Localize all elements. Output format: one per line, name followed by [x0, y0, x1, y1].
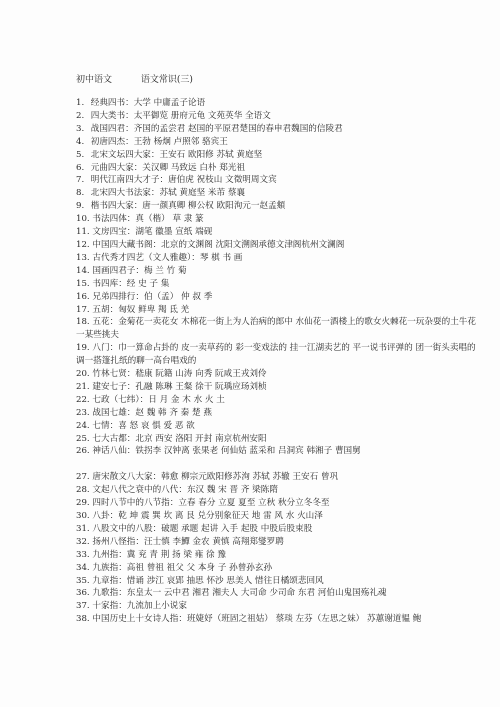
item-number: 34.: [76, 562, 90, 575]
blank-line: [76, 458, 496, 471]
item-number: 23.: [76, 407, 90, 420]
item-number: 1.: [76, 97, 88, 110]
item-text: 八卦：乾 坤 震 巽 坎 离 艮 兑分别象征天 地 雷 风 水 火山泽: [92, 511, 322, 521]
item-text: 五花：金菊花一卖花女 木棉花一街上为人治病的郎中 水仙花一酒楼上的歌女火棘花一玩…: [76, 317, 476, 340]
item-text: 明代江南四大才子：唐伯虎 祝枝山 文徵明周文宾: [91, 175, 277, 185]
item-text: 唐宋散文八大家：韩愈 柳宗元欧阳修苏洵 苏轼 苏辙 王安石 曾巩: [92, 472, 338, 482]
item-number: 30.: [76, 510, 90, 523]
item-text: 九歌指：东皇太一 云中君 湘君 湘夫人 大司命 少司命 东君 河伯山鬼国殇礼魂: [92, 588, 386, 598]
list-item: 16. 兄弟四排行：伯（孟） 仲 叔 季: [76, 291, 496, 304]
item-text: 战国四君：齐国的孟尝君 赵国的平原君楚国的春申君魏国的信陵君: [91, 124, 343, 134]
list-item: 1. 经典四书：大学 中庸孟子论语: [76, 97, 496, 110]
list-item: 28. 文起八代之衰中的八代：东汉 魏 宋 晋 齐 梁陈隋: [76, 484, 496, 497]
item-number: 10.: [76, 213, 90, 226]
item-text: 九章指：惜诵 涉江 哀郢 抽思 怀沙 思美人 惜往日橘颂悲回风: [92, 576, 323, 586]
item-number: 17.: [76, 304, 90, 317]
list-item: 13. 古代秀才四艺（文人雅趣）：琴 棋 书 画: [76, 252, 496, 265]
list-item: 3. 战国四君：齐国的孟尝君 赵国的平原君楚国的春申君魏国的信陵君: [76, 123, 496, 136]
item-number: 8.: [76, 187, 88, 200]
item-text: 七政（七纬）：日 月 金 木 水 火 土: [92, 395, 224, 405]
list-item: 25. 七大古都：北京 西安 洛阳 开封 南京杭州安阳: [76, 433, 496, 446]
list-item: 12. 中国四大藏书阁：北京的文渊阁 沈阳文溯阁承德文津阁杭州文澜阁: [76, 239, 496, 252]
item-text: 建安七子：孔融 陈琳 王粲 徐干 阮瑀应玚刘桢: [92, 382, 266, 392]
list-item: 17. 五胡：匈奴 鲜卑 羯 氐 羌: [76, 304, 496, 317]
item-text: 兄弟四排行：伯（孟） 仲 叔 季: [92, 292, 212, 302]
item-text: 中国四大藏书阁：北京的文渊阁 沈阳文溯阁承德文津阁杭州文澜阁: [92, 240, 344, 250]
item-text: 十家指：九流加上小说家: [92, 601, 187, 611]
item-number: 28.: [76, 484, 90, 497]
list-item: 18. 五花：金菊花一卖花女 木棉花一街上为人治病的郎中 水仙花一酒楼上的歌女火…: [73, 316, 481, 342]
item-text: 初唐四杰：王勃 杨炯 卢照邻 骆宾王: [91, 137, 228, 147]
item-number: 24.: [76, 420, 90, 433]
list-item: 7. 明代江南四大才子：唐伯虎 祝枝山 文徵明周文宾: [76, 174, 496, 187]
list-item: 9. 楷书四大家：唐一颜真卿 柳公权 欧阳洵元一赵孟頫: [76, 200, 496, 213]
item-text: 战国七雄：赵 魏 韩 齐 秦 楚 燕: [92, 408, 212, 418]
item-number: 20.: [76, 368, 90, 381]
item-text: 八股文中的八股：破题 承题 起讲 入手 起股 中股后股束股: [92, 524, 312, 534]
item-number: 21.: [76, 381, 90, 394]
item-number: 13.: [76, 252, 90, 265]
list-item: 4. 初唐四杰：王勃 杨炯 卢照邻 骆宾王: [76, 136, 496, 149]
document-page: 初中语文 语文常识(三) 1. 经典四书：大学 中庸孟子论语2. 四大类书：太平…: [76, 72, 496, 626]
list-item: 14. 国画四君子：梅 兰 竹 菊: [76, 265, 496, 278]
item-text: 文起八代之衰中的八代：东汉 魏 宋 晋 齐 梁陈隋: [92, 485, 278, 495]
item-number: 35.: [76, 575, 90, 588]
item-text: 扬州八怪指：汪士慎 李鱓 金农 黄慎 高翔郑燮罗聘: [92, 537, 283, 547]
item-text: 书四库：经 史 子 集: [92, 279, 169, 289]
item-text: 北宋文坛四大家：王安石 欧阳修 苏轼 黄庭坚: [91, 150, 262, 160]
item-text: 九州指：冀 兖 青 荆 扬 梁 雍 徐 豫: [92, 550, 226, 560]
item-number: 36.: [76, 587, 90, 600]
item-text: 七大古都：北京 西安 洛阳 开封 南京杭州安阳: [92, 434, 266, 444]
item-number: 38.: [76, 613, 90, 626]
item-number: 18.: [76, 316, 90, 329]
list-item: 27. 唐宋散文八大家：韩愈 柳宗元欧阳修苏洵 苏轼 苏辙 王安石 曾巩: [76, 471, 496, 484]
item-number: 12.: [76, 239, 90, 252]
item-text: 九族指：高祖 曾祖 祖父 父 本身 子 孙曾孙玄孙: [92, 563, 272, 573]
list-item: 19. 八门：巾一算命占卦的 皮一卖草药的 彩一变戏法的 挂一江湖卖艺的 平一说…: [73, 342, 481, 368]
item-text: 北宋四大书法家：苏轼 黄庭坚 米芾 蔡襄: [91, 188, 245, 198]
list-item: 21. 建安七子：孔融 陈琳 王粲 徐干 阮瑀应玚刘桢: [76, 381, 496, 394]
list-item: 38. 中国历史上十女诗人指：班婕妤（班固之祖姑） 蔡琰 左芬（左思之妹） 苏蕙…: [76, 613, 496, 626]
item-text: 八门：巾一算命占卦的 皮一卖草药的 彩一变戏法的 挂一江湖卖艺的 平一说书评弹的…: [76, 343, 476, 366]
list-item: 30. 八卦：乾 坤 震 巽 坎 离 艮 兑分别象征天 地 雷 风 水 火山泽: [76, 510, 496, 523]
list-item: 2. 四大类书：太平御览 册府元龟 文苑英华 全语文: [76, 110, 496, 123]
item-number: 14.: [76, 265, 90, 278]
item-number: 32.: [76, 536, 90, 549]
item-number: 3.: [76, 123, 88, 136]
list-item: 10. 书法四体：真（楷） 草 隶 篆: [76, 213, 496, 226]
item-number: 9.: [76, 200, 88, 213]
list-item: 23. 战国七雄：赵 魏 韩 齐 秦 楚 燕: [76, 407, 496, 420]
item-text: 经典四书：大学 中庸孟子论语: [91, 98, 205, 108]
item-number: 22.: [76, 394, 90, 407]
item-text: 七情：喜 怒 哀 惧 爱 恶 欲: [92, 421, 194, 431]
item-text: 楷书四大家：唐一颜真卿 柳公权 欧阳洵元一赵孟頫: [91, 201, 286, 211]
item-text: 竹林七贤：嵇康 阮籍 山涛 向秀 阮咸王戎刘伶: [92, 369, 266, 379]
subject-label: 初中语文: [76, 75, 112, 85]
item-number: 25.: [76, 433, 90, 446]
list-item: 20. 竹林七贤：嵇康 阮籍 山涛 向秀 阮咸王戎刘伶: [76, 368, 496, 381]
list-item: 31. 八股文中的八股：破题 承题 起讲 入手 起股 中股后股束股: [76, 523, 496, 536]
item-text: 书法四体：真（楷） 草 隶 篆: [92, 214, 203, 224]
list-item: 6. 元曲四大家：关汉卿 马致远 白朴 郑光祖: [76, 162, 496, 175]
item-text: 神话八仙：铁拐李 汉钟离 张果老 何仙姑 蓝采和 吕洞宾 韩湘子 曹国舅: [92, 446, 360, 456]
item-text: 中国历史上十女诗人指：班婕妤（班固之祖姑） 蔡琰 左芬（左思之妹） 苏蕙谢道韫 …: [92, 614, 421, 624]
item-text: 四大类书：太平御览 册府元龟 文苑英华 全语文: [91, 111, 271, 121]
item-number: 11.: [76, 226, 90, 239]
document-header: 初中语文 语文常识(三): [76, 72, 496, 88]
item-number: 6.: [76, 162, 88, 175]
item-number: 2.: [76, 110, 88, 123]
item-number: 16.: [76, 291, 90, 304]
item-text: 四时八节中的八节指：立春 春分 立夏 夏至 立秋 秋分立冬冬至: [92, 498, 329, 508]
item-text: 文房四宝：湖笔 徽墨 宣纸 端砚: [92, 227, 212, 237]
list-item: 15. 书四库：经 史 子 集: [76, 278, 496, 291]
item-number: 37.: [76, 600, 90, 613]
list-item: 35. 九章指：惜诵 涉江 哀郢 抽思 怀沙 思美人 惜往日橘颂悲回风: [76, 575, 496, 588]
list-item: 36. 九歌指：东皇太一 云中君 湘君 湘夫人 大司命 少司命 东君 河伯山鬼国…: [76, 587, 496, 600]
item-number: 5.: [76, 149, 88, 162]
knowledge-list: 1. 经典四书：大学 中庸孟子论语2. 四大类书：太平御览 册府元龟 文苑英华 …: [76, 97, 496, 626]
item-text: 元曲四大家：关汉卿 马致远 白朴 郑光祖: [91, 163, 245, 173]
item-number: 29.: [76, 497, 90, 510]
item-number: 26.: [76, 445, 90, 458]
item-text: 古代秀才四艺（文人雅趣）：琴 棋 书 画: [92, 253, 242, 263]
item-number: 15.: [76, 278, 90, 291]
item-number: 27.: [76, 471, 90, 484]
list-item: 24. 七情：喜 怒 哀 惧 爱 恶 欲: [76, 420, 496, 433]
list-item: 33. 九州指：冀 兖 青 荆 扬 梁 雍 徐 豫: [76, 549, 496, 562]
item-text: 国画四君子：梅 兰 竹 菊: [92, 266, 186, 276]
list-item: 22. 七政（七纬）：日 月 金 木 水 火 土: [76, 394, 496, 407]
list-item: 34. 九族指：高祖 曾祖 祖父 父 本身 子 孙曾孙玄孙: [76, 562, 496, 575]
list-item: 37. 十家指：九流加上小说家: [76, 600, 496, 613]
document-title: 语文常识(三): [141, 75, 193, 85]
list-item: 8. 北宋四大书法家：苏轼 黄庭坚 米芾 蔡襄: [76, 187, 496, 200]
list-item: 11. 文房四宝：湖笔 徽墨 宣纸 端砚: [76, 226, 496, 239]
list-item: 32. 扬州八怪指：汪士慎 李鱓 金农 黄慎 高翔郑燮罗聘: [76, 536, 496, 549]
item-text: 五胡：匈奴 鲜卑 羯 氐 羌: [92, 305, 189, 315]
list-item: 5. 北宋文坛四大家：王安石 欧阳修 苏轼 黄庭坚: [76, 149, 496, 162]
item-number: 33.: [76, 549, 90, 562]
list-item: 29. 四时八节中的八节指：立春 春分 立夏 夏至 立秋 秋分立冬冬至: [76, 497, 496, 510]
item-number: 7.: [76, 174, 88, 187]
list-item: 26. 神话八仙：铁拐李 汉钟离 张果老 何仙姑 蓝采和 吕洞宾 韩湘子 曹国舅: [76, 445, 496, 458]
item-number: 4.: [76, 136, 88, 149]
item-number: 19.: [76, 342, 90, 355]
item-number: 31.: [76, 523, 90, 536]
